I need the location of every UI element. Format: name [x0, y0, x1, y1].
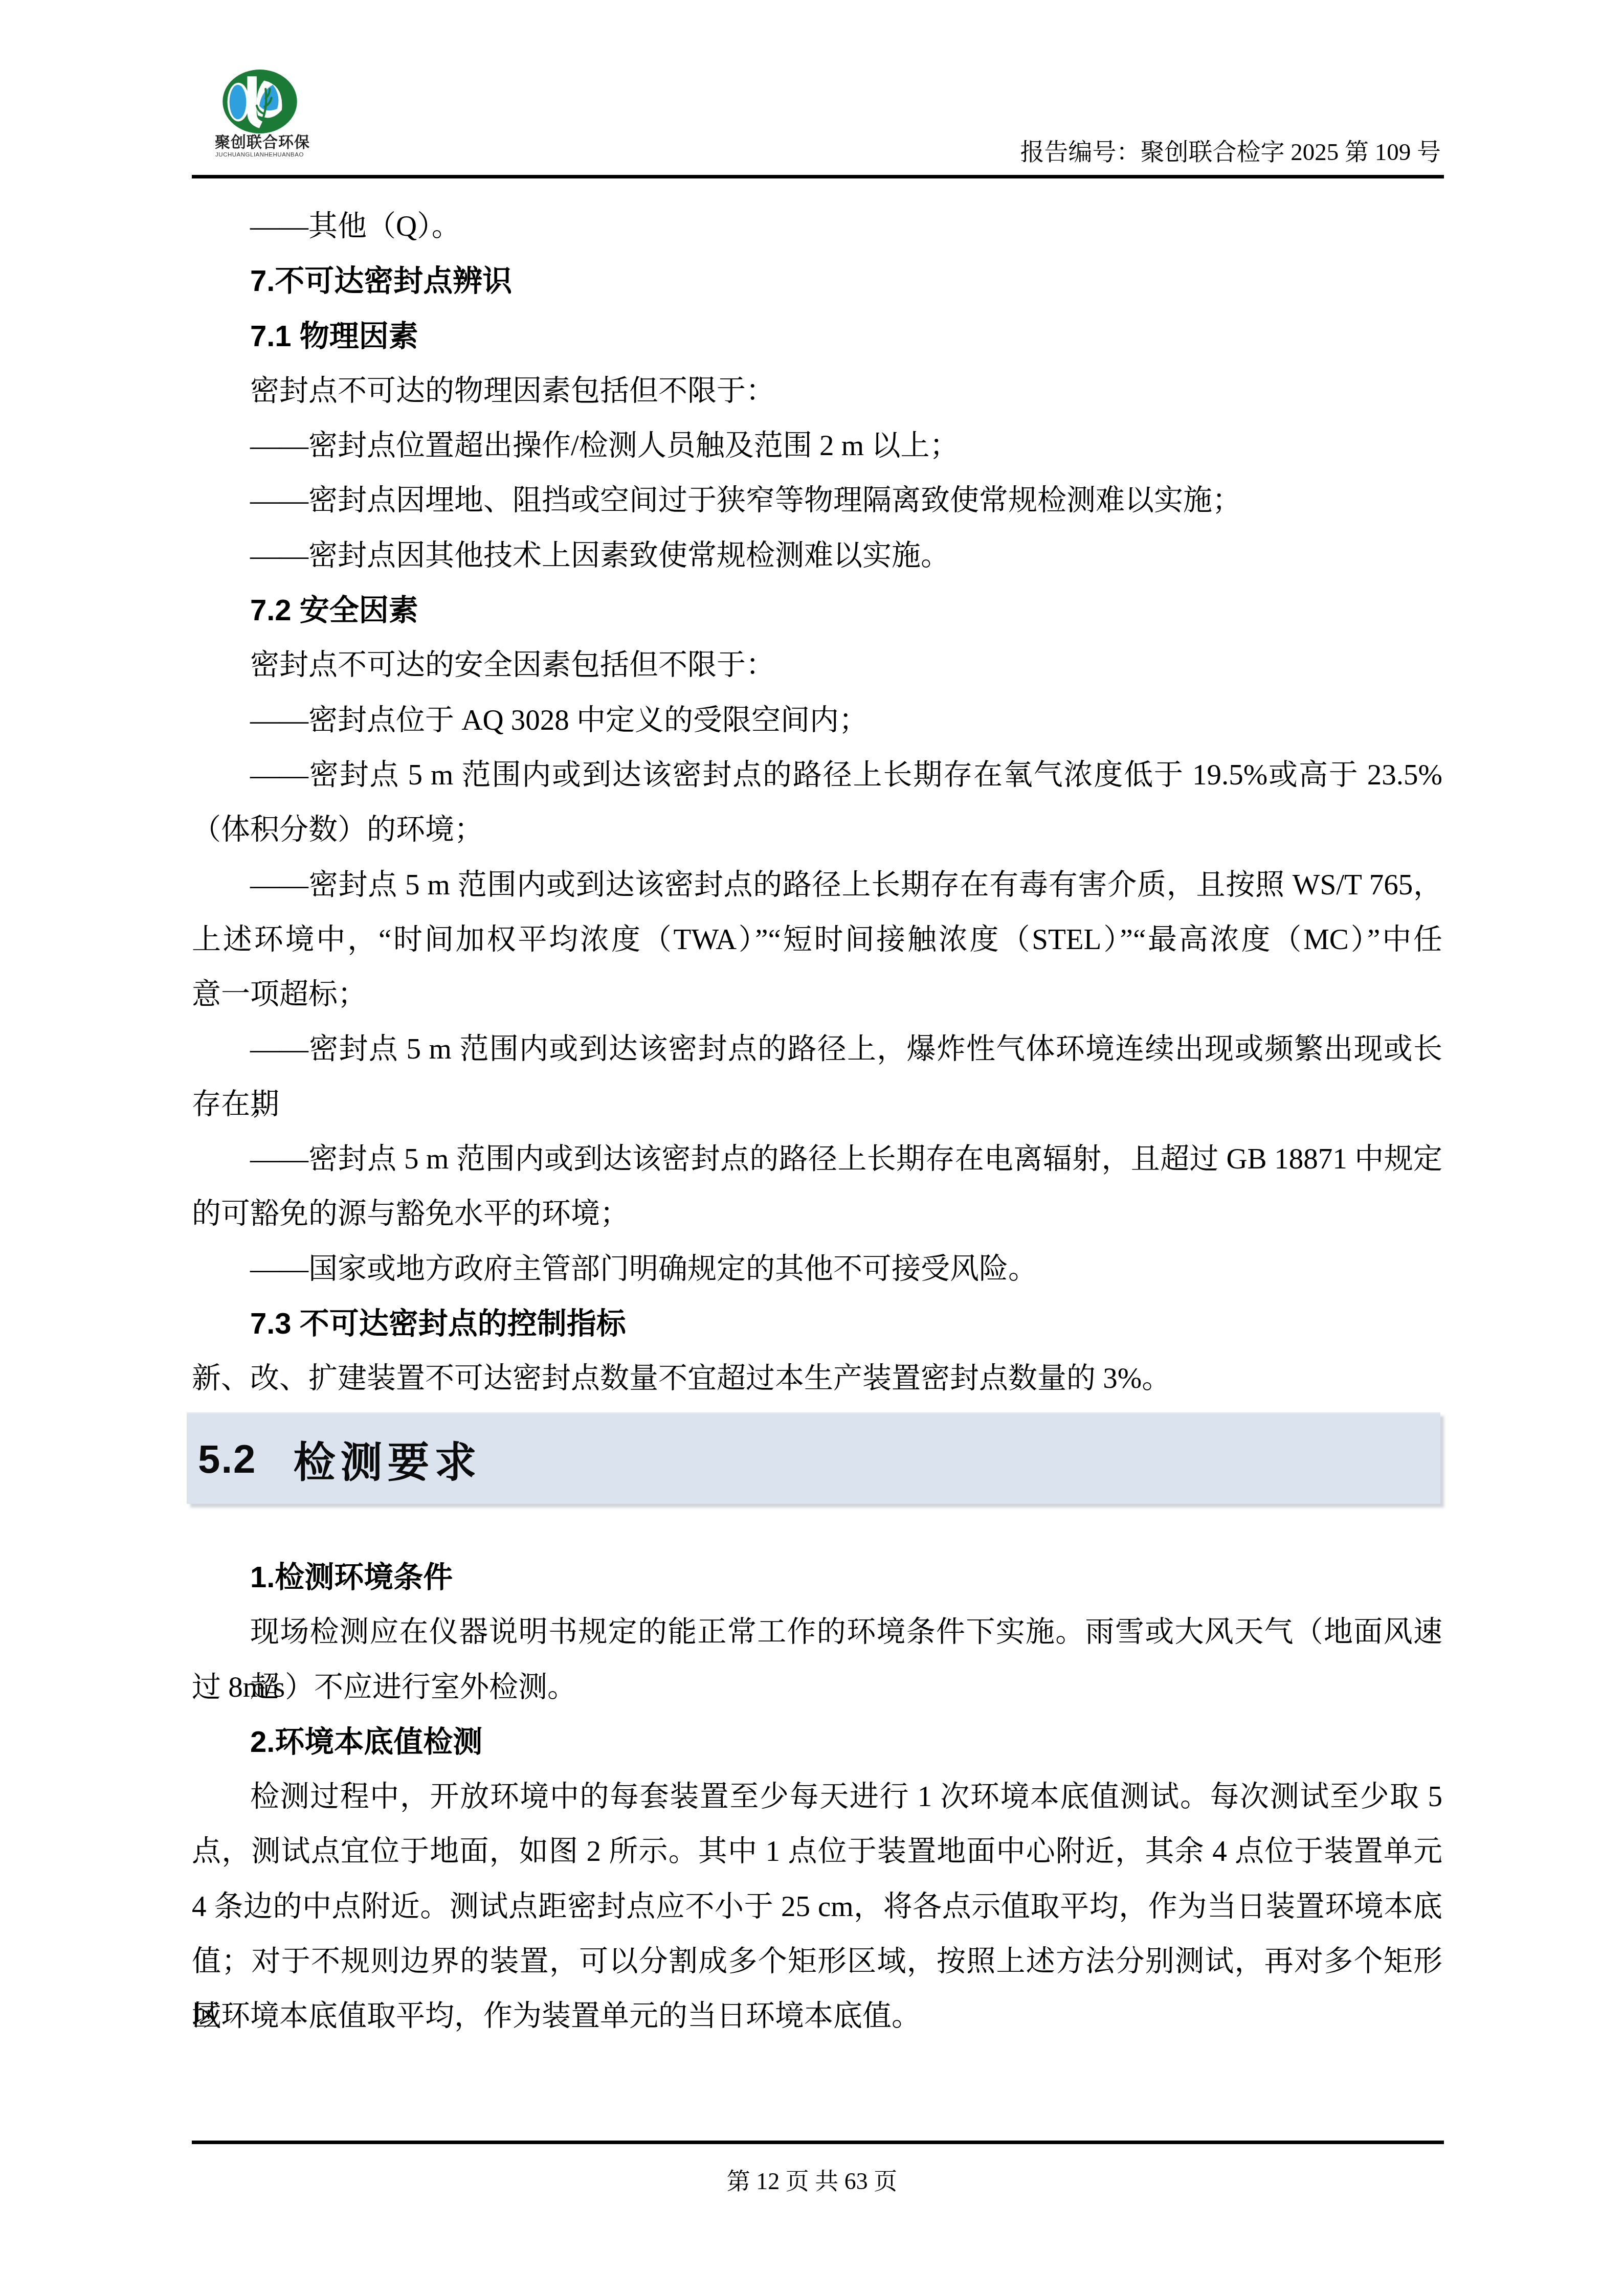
logo-pinyin-text: JUCHUANGLIANHEHUANBAO — [215, 151, 304, 159]
text-line: ——密封点位于 AQ 3028 中定义的受限空间内； — [192, 693, 1442, 748]
body-text-block-2: 1.检测环境条件 现场检测应在仪器说明书规定的能正常工作的环境条件下实施。雨雪或… — [192, 1550, 1442, 2044]
text-line: ——密封点位置超出操作/检测人员触及范围 2 m 以上； — [192, 418, 1442, 473]
text-line: 密封点不可达的物理因素包括但不限于： — [192, 364, 1442, 418]
text-line: 的可豁免的源与豁免水平的环境； — [192, 1186, 1442, 1241]
logo-emblem-icon — [222, 69, 298, 134]
text-line: ——密封点因其他技术上因素致使常规检测难以实施。 — [192, 528, 1442, 583]
text-line: ——国家或地方政府主管部门明确规定的其他不可接受风险。 — [192, 1242, 1442, 1296]
text-line: ——其他（Q）。 — [192, 199, 1442, 254]
footer-rule — [192, 2141, 1444, 2144]
section-band: 5.2 检测要求 — [187, 1412, 1440, 1504]
text-line: 点，测试点宜位于地面，如图 2 所示。其中 1 点位于装置地面中心附近，其余 4… — [192, 1824, 1442, 1879]
text-line: ——密封点 5 m 范围内或到达该密封点的路径上长期存在有毒有害介质，且按照 W… — [192, 858, 1442, 912]
text-line: 检测过程中，开放环境中的每套装置至少每天进行 1 次环境本底值测试。每次测试至少… — [192, 1769, 1442, 1824]
report-number: 报告编号：聚创联合检字 2025 第 109 号 — [1020, 137, 1441, 168]
text-line: ——密封点 5 m 范围内或到达该密封点的路径上，爆炸性气体环境连续出现或频繁出… — [192, 1022, 1442, 1076]
heading-line: 1.检测环境条件 — [192, 1550, 1442, 1605]
text-line: （体积分数）的环境； — [192, 802, 1442, 857]
heading-line: 7.1 物理因素 — [192, 309, 1442, 364]
text-line: 过 8m/s）不应进行室外检测。 — [192, 1660, 1442, 1715]
header-rule — [192, 175, 1444, 178]
section-title: 检测要求 — [293, 1429, 481, 1489]
text-line: 值；对于不规则边界的装置，可以分割成多个矩形区域，按照上述方法分别测试，再对多个… — [192, 1934, 1442, 1989]
text-line: 意一项超标； — [192, 967, 1442, 1022]
heading-line: 7.3 不可达密封点的控制指标 — [192, 1296, 1442, 1351]
text-line: 现场检测应在仪器说明书规定的能正常工作的环境条件下实施。雨雪或大风天气（地面风速… — [192, 1605, 1442, 1659]
heading-line: 7.不可达密封点辨识 — [192, 254, 1442, 308]
logo-cn-text: 聚创联合环保 — [215, 134, 304, 151]
text-line: 域环境本底值取平均，作为装置单元的当日环境本底值。 — [192, 1989, 1442, 2043]
text-line: ——密封点因埋地、阻挡或空间过于狭窄等物理隔离致使常规检测难以实施； — [192, 473, 1442, 528]
heading-line: 7.2 安全因素 — [192, 583, 1442, 638]
text-line: 存在； — [192, 1077, 1442, 1132]
text-line: ——密封点 5 m 范围内或到达该密封点的路径上长期存在氧气浓度低于 19.5%… — [192, 748, 1442, 802]
company-logo: 聚创联合环保 JUCHUANGLIANHEHUANBAO — [215, 69, 304, 159]
text-line: 4 条边的中点附近。测试点距密封点应不小于 25 cm，将各点示值取平均，作为当… — [192, 1879, 1442, 1934]
section-number: 5.2 — [198, 1436, 256, 1482]
heading-line: 2.环境本底值检测 — [192, 1715, 1442, 1769]
text-line: ——密封点 5 m 范围内或到达该密封点的路径上长期存在电离辐射，且超过 GB … — [192, 1132, 1442, 1186]
text-line: 密封点不可达的安全因素包括但不限于： — [192, 638, 1442, 692]
body-text-block-1: ——其他（Q）。 7.不可达密封点辨识 7.1 物理因素 密封点不可达的物理因素… — [192, 199, 1442, 1406]
text-line: 上述环境中，“时间加权平均浓度（TWA）”“短时间接触浓度（STEL）”“最高浓… — [192, 912, 1442, 967]
page-number: 第 12 页 共 63 页 — [0, 2167, 1624, 2196]
text-line: 新、改、扩建装置不可达密封点数量不宜超过本生产装置密封点数量的 3%。 — [192, 1351, 1442, 1406]
document-page: 聚创联合环保 JUCHUANGLIANHEHUANBAO 报告编号：聚创联合检字… — [0, 0, 1624, 2296]
